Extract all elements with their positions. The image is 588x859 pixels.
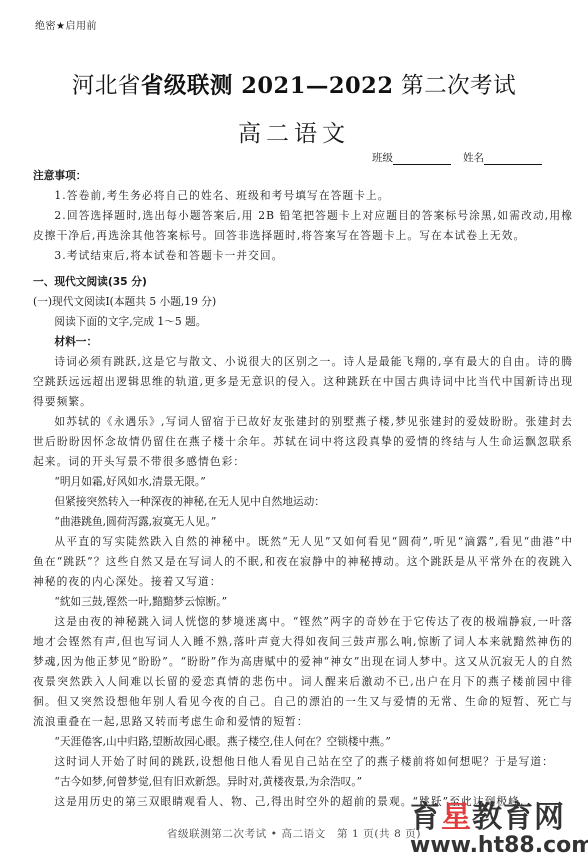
section-heading: 一、现代文阅读(35 分): [33, 272, 573, 292]
passage-paragraph: 诗词必须有跳跃,这是它与散文、小说很大的区别之一。诗人是最能飞翔的,享有最大的自…: [33, 352, 573, 412]
passage-quote: “明月如霜,好风如水,清景无限。”: [33, 472, 573, 492]
material-label: 材料一：: [33, 332, 573, 352]
confidential-label: 绝密★启用前: [35, 17, 97, 32]
page-footer: 省级联测第二次考试 • 高二语文 第 1 页(共 8 页): [0, 826, 588, 841]
exam-title: 河北省省级联测 2021—2022 第二次考试: [0, 68, 588, 100]
exam-body: 注意事项： 1.答卷前,考生务必将自己的姓名、班级和考号填写在答题卡上。 2.回…: [33, 166, 573, 812]
passage-paragraph: 这时词人开始了时间的跳跃,设想他日他人看见自己站在空了的燕子楼前将如何想呢？于是…: [33, 752, 573, 772]
title-exam-number: 第二次考试: [393, 73, 516, 99]
class-blank[interactable]: [393, 154, 451, 165]
passage-paragraph: 从平直的写实陡然跌入自然的神秘中。既然“无人见”又如何看见“圆荷”,听见“滴露”…: [33, 532, 573, 592]
passage-quote: “紞如三鼓,铿然一叶,黯黯梦云惊断。”: [33, 592, 573, 612]
subject-title: 高二语文: [0, 115, 588, 148]
passage-paragraph: 如苏轼的《永遇乐》,写词人留宿于已故好友张建封的别墅燕子楼,梦见张建封的爱妓盼盼…: [33, 412, 573, 472]
exam-page: 绝密★启用前 河北省省级联测 2021—2022 第二次考试 高二语文 班级姓名…: [0, 0, 588, 859]
student-fields: 班级姓名: [372, 150, 542, 165]
note-item: 2.回答选择题时,选出每小题答案后,用 2B 铅笔把答题卡上对应题目的答案标号涂…: [33, 206, 573, 246]
passage-quote: “曲港跳鱼,圆荷泻露,寂寞无人见。”: [33, 512, 573, 532]
title-joint-test: 省级联测 2021—2022: [141, 73, 394, 99]
passage-quote: “古今如梦,何曾梦觉,但有旧欢新怨。异时对,黄楼夜景,为余浩叹。”: [33, 772, 573, 792]
name-label: 姓名: [463, 152, 484, 164]
passage-paragraph: 但紧接突然转入一种深夜的神秘,在无人见中自然地运动：: [33, 492, 573, 512]
reading-instruction: 阅读下面的文字,完成 1～5 题。: [33, 312, 573, 332]
section-subheading: (一)现代文阅读Ⅰ(本题共 5 小题,19 分): [33, 292, 573, 312]
passage-paragraph: 这是由夜的神秘跳入词人恍惚的梦境迷离中。“铿然”两字的奇妙在于它传达了夜的极端静…: [33, 612, 573, 732]
notes-heading: 注意事项：: [33, 166, 573, 186]
note-item: 1.答卷前,考生务必将自己的姓名、班级和考号填写在答题卡上。: [33, 186, 573, 206]
title-province: 河北省: [72, 73, 141, 99]
name-blank[interactable]: [484, 154, 542, 165]
passage-paragraph: 这是用历史的第三双眼睛观看人、物、己,得出时空外的超前的景观。“跳跃”至此达到极…: [33, 792, 573, 812]
class-label: 班级: [372, 152, 393, 164]
passage-quote: “天涯倦客,山中归路,望断故园心眼。燕子楼空,佳人何在？空锁楼中燕。”: [33, 732, 573, 752]
note-item: 3.考试结束后,将本试卷和答题卡一并交回。: [33, 246, 573, 266]
